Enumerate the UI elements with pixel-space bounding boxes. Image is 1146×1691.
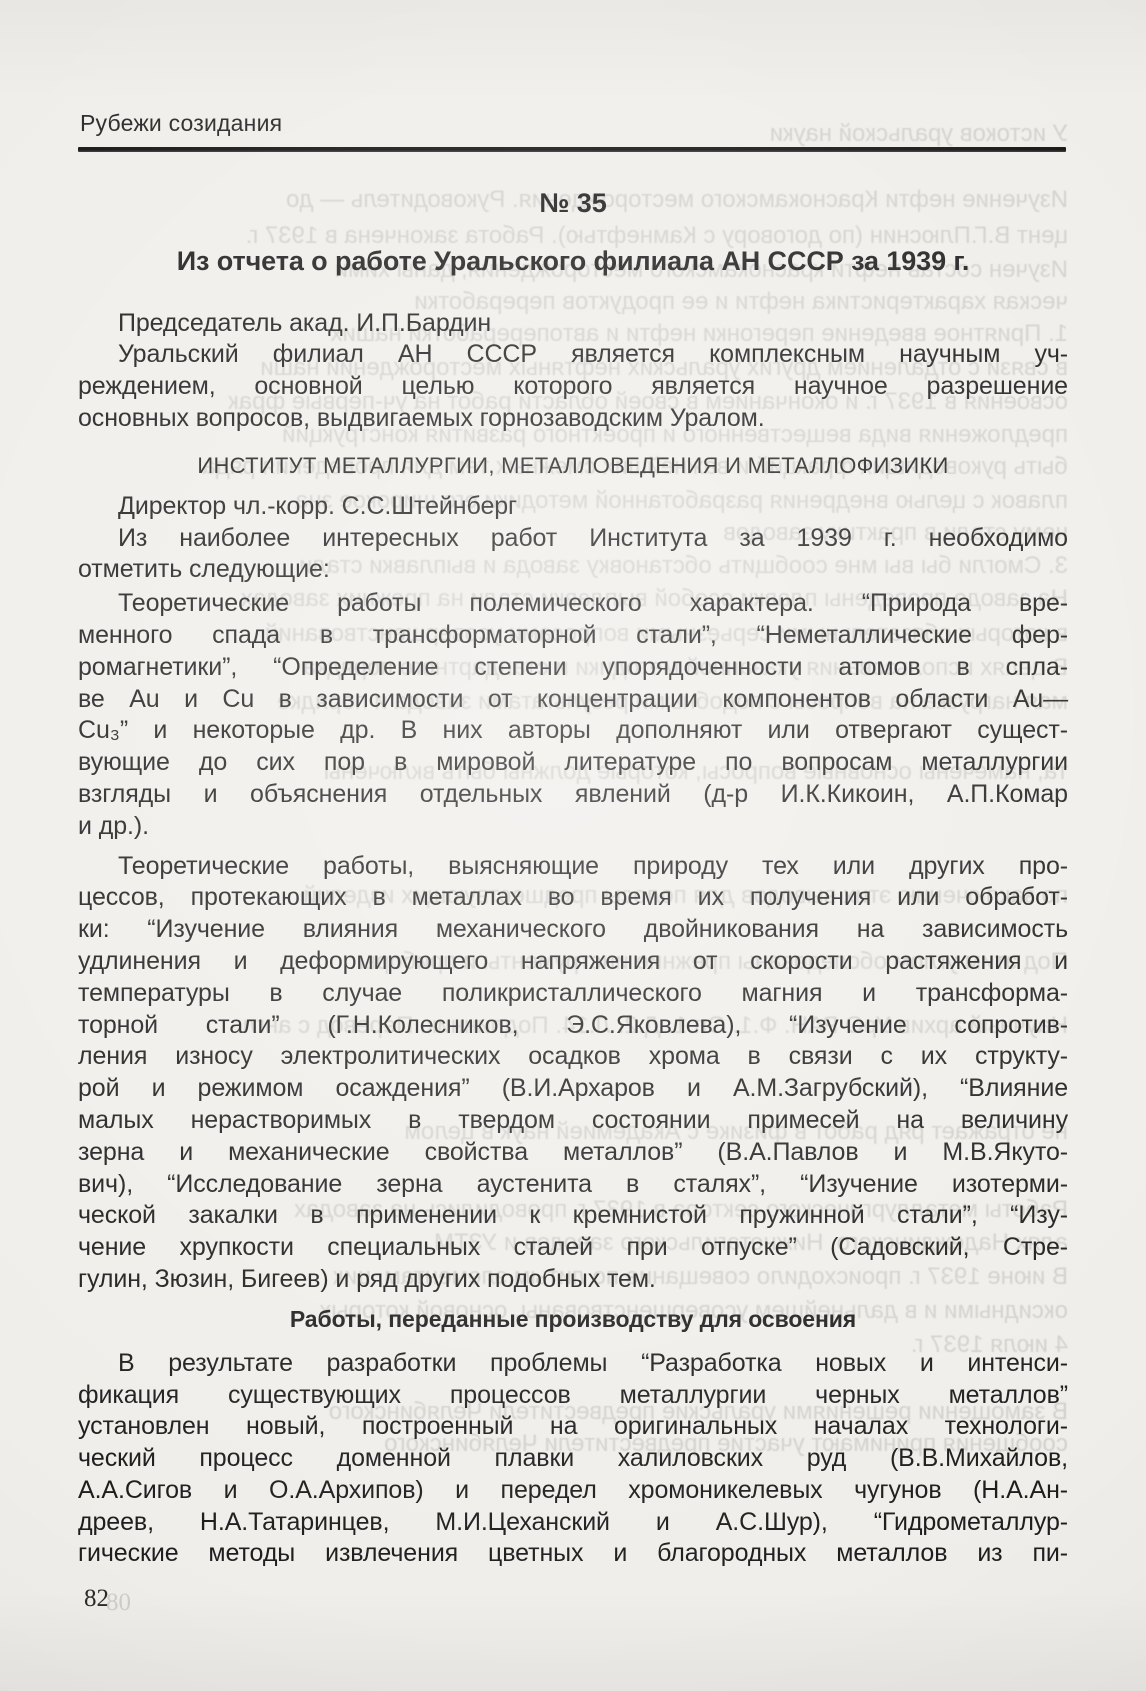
doc-number: № 35 [78,188,1068,220]
doc-title: Из отчета о работе Уральского филиала АН… [78,246,1068,278]
ghost-page-number: 80 [106,1589,131,1617]
running-head: Рубежи созидания [80,110,282,137]
text-line: установлен новый, построенный на оригина… [78,1411,1068,1443]
text-line: ромагнетики”, “Определение степени упоря… [78,652,1068,684]
ghost-text-line: У истоков уральской науки [770,120,1068,148]
text-line: фикация существующих процессов металлург… [78,1380,1068,1412]
paragraph: Из наиболее интересных работ Института з… [78,523,1068,587]
text-line: дреев, Н.А.Татаринцев, М.И.Цеханский и А… [78,1507,1068,1539]
text-line: цессов, протекающих в металлах во время … [78,882,1068,914]
institute-heading: ИНСТИТУТ МЕТАЛЛУРГИИ, МЕТАЛЛОВЕДЕНИЯ И М… [78,451,1068,481]
text-line: торной стали” (Г.Н.Колесников, Э.С.Яковл… [78,1010,1068,1042]
text-line: ческой закалки в применении к кремнистой… [78,1200,1068,1232]
text-line: ки: “Изучение влияния механического двой… [78,914,1068,946]
text-line: А.А.Сигов и О.А.Архипов) и передел хромо… [78,1475,1068,1507]
paragraph: Уральский филиал АН СССР является компле… [78,339,1068,434]
text-line: зерна и механические свойства металлов” … [78,1137,1068,1169]
text-line: температуры в случае поликристаллическог… [78,978,1068,1010]
text-line: Cu₃” и некоторые др. В них авторы дополн… [78,715,1068,747]
text-line: ве Au и Cu в зависимости от концентрации… [78,684,1068,716]
indented-line: Директор чл.-корр. С.С.Штейнберг [78,491,1068,523]
text-line: и др.). [78,811,1068,843]
text-line: менного спада в трансформаторной стали”,… [78,620,1068,652]
text-line: гулин, Зюзин, Бигеев) и ряд других подоб… [78,1264,1068,1296]
header-rule [78,147,1066,152]
paragraph: В результате разработки проблемы “Разраб… [78,1348,1068,1571]
text-line: вич), “Исследование зерна аустенита в ст… [78,1169,1068,1201]
text-line: ческий процесс доменной плавки халиловск… [78,1443,1068,1475]
text-line: отметить следующие: [78,554,1068,586]
text-line: малых нерастворимых в твердом состоянии … [78,1105,1068,1137]
text-line: Теоретические работы полемического харак… [78,588,1068,620]
section-subheading: Работы, переданные производству для осво… [78,1304,1068,1334]
document-body: № 35Из отчета о работе Уральского филиал… [78,188,1068,1578]
text-line: Из наиболее интересных работ Института з… [78,523,1068,555]
text-line: взгляды и объяснения отдельных явлений (… [78,779,1068,811]
text-line: реждением, основной целью которого являе… [78,371,1068,403]
text-line: Уральский филиал АН СССР является компле… [78,339,1068,371]
text-line: ления износу электролитических осадков х… [78,1041,1068,1073]
text-line: гические методы извлечения цветных и бла… [78,1538,1068,1570]
page-number: 82 [84,1585,109,1613]
paragraph: Теоретические работы, выясняющие природу… [78,851,1068,1296]
text-line: удлинения и деформирующего напряжения от… [78,946,1068,978]
scanned-document-page: У истоков уральской наукиИзучение нефти … [0,0,1146,1691]
text-line: основных вопросов, выдвигаемых горнозаво… [78,403,1068,435]
text-line: В результате разработки проблемы “Разраб… [78,1348,1068,1380]
text-line: чение хрупкости специальных сталей при о… [78,1232,1068,1264]
text-line: рой и режимом осаждения” (В.И.Архаров и … [78,1073,1068,1105]
text-line: Теоретические работы, выясняющие природу… [78,851,1068,883]
paragraph: Теоретические работы полемического харак… [78,588,1068,842]
text-line: вующие до сих пор в мировой литературе п… [78,747,1068,779]
indented-line: Председатель акад. И.П.Бардин [78,308,1068,340]
